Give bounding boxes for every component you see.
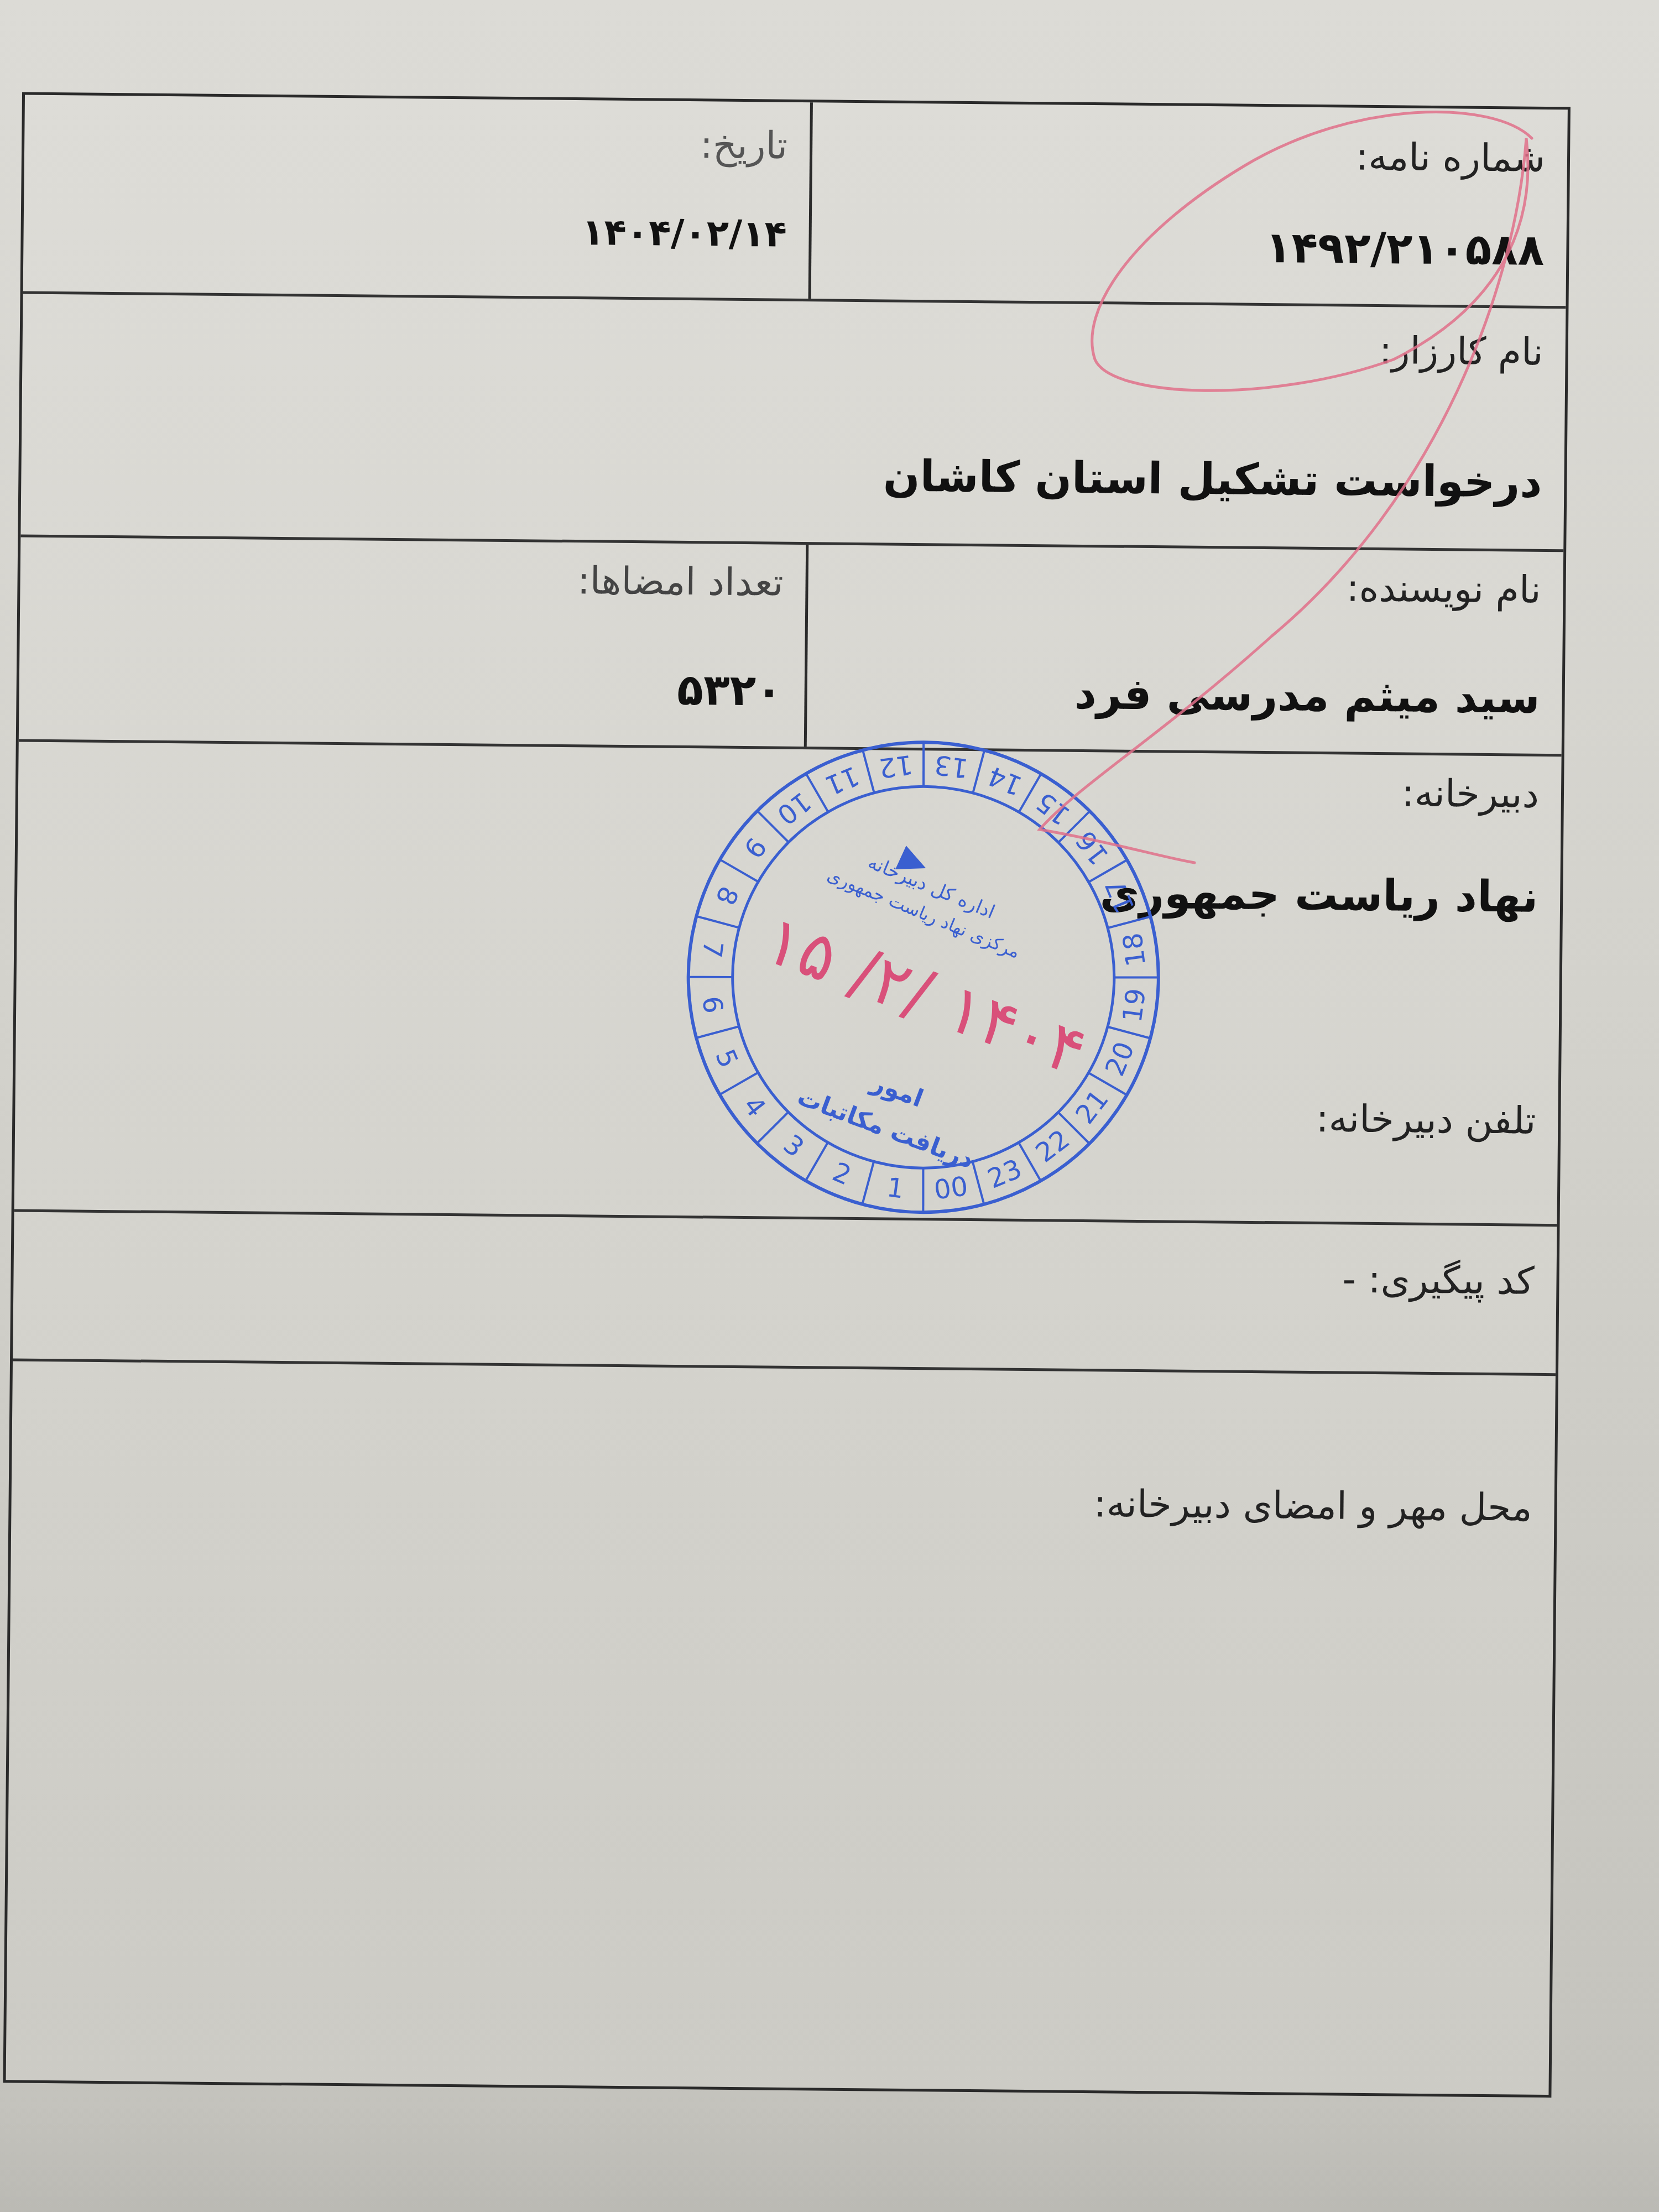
- stamp-hour-label: 6: [696, 994, 728, 1015]
- stamp-dept-line1: امور: [867, 1068, 927, 1113]
- letter-number-value: ۱۴۹۲/۲۱۰۵۸۸: [1265, 223, 1544, 275]
- stamp-place-label: محل مهر و امضای دبیرخانه:: [1093, 1482, 1532, 1530]
- stamp-hour-label: 18: [1117, 931, 1152, 968]
- letter-number-cell: شماره نامه: ۱۴۹۲/۲۱۰۵۸۸: [808, 102, 1568, 306]
- page-shadow: [0, 2101, 1659, 2212]
- letter-number-label: شماره نامه:: [1355, 135, 1545, 181]
- author-cell: نام نویسنده: سید میثم مدرسی فرد: [804, 545, 1563, 754]
- signature-count-label: تعداد امضاها:: [577, 559, 784, 605]
- author-name-label: نام نویسنده:: [1346, 566, 1541, 612]
- stamp-hour-label: 20: [1099, 1037, 1141, 1081]
- stamp-hour-label: 3: [778, 1129, 810, 1164]
- signature-count-cell: تعداد امضاها: ۵۳۲۰: [19, 537, 808, 747]
- signature-count-value: ۵۳۲۰: [677, 665, 782, 716]
- campaign-name-value: درخواست تشکیل استان کاشان: [883, 451, 1542, 507]
- stamp-hour-label: 19: [1117, 987, 1152, 1024]
- date-label: تاریخ:: [700, 123, 788, 168]
- letter-page: شماره نامه: ۱۴۹۲/۲۱۰۵۸۸ تاریخ: ۱۴۰۴/۰۲/۱…: [3, 92, 1582, 2109]
- receipt-stamp: 001234567891011121314151617181920212223 …: [650, 705, 1196, 1250]
- row-stamp-place: محل مهر و امضای دبیرخانه:: [6, 1361, 1556, 2095]
- campaign-name-cell: نام کارزار: درخواست تشکیل استان کاشان: [20, 294, 1566, 549]
- stamp-hour-label: 12: [877, 749, 915, 784]
- stamp-hour-label: 5: [709, 1045, 744, 1072]
- secretariat-value: نهاد ریاست جمهوری: [1099, 868, 1538, 922]
- secretariat-phone-label: تلفن دبیرخانه:: [1316, 1097, 1536, 1143]
- receipt-form: شماره نامه: ۱۴۹۲/۲۱۰۵۸۸ تاریخ: ۱۴۰۴/۰۲/۱…: [3, 92, 1571, 2098]
- stamp-hour-label: 9: [737, 831, 772, 863]
- secretariat-label: دبیرخانه:: [1401, 771, 1539, 816]
- stamp-hour-label: 1: [885, 1172, 906, 1205]
- stamp-hour-label: 7: [696, 939, 729, 960]
- stamp-graphic: 001234567891011121314151617181920212223 …: [650, 705, 1196, 1250]
- stamp-hour-label: 11: [821, 760, 864, 801]
- date-cell: تاریخ: ۱۴۰۴/۰۲/۱۴: [23, 95, 813, 299]
- stamp-hour-label: 8: [709, 882, 744, 910]
- stamp-hour-label: 17: [1099, 874, 1141, 917]
- stamp-date: ۱۴۰۴ /۲/ ۱۵: [754, 901, 1096, 1091]
- stamp-hour-label: 2: [828, 1156, 855, 1191]
- stamp-place-cell: محل مهر و امضای دبیرخانه:: [6, 1361, 1556, 2095]
- row-letter-number-date: شماره نامه: ۱۴۹۲/۲۱۰۵۸۸ تاریخ: ۱۴۰۴/۰۲/۱…: [23, 95, 1568, 309]
- author-name-value: سید میثم مدرسی فرد: [1074, 669, 1541, 723]
- tracking-code-label: کد پیگیری: -: [1342, 1258, 1535, 1303]
- row-campaign-name: نام کارزار: درخواست تشکیل استان کاشان: [20, 294, 1566, 552]
- stamp-hour-label: 00: [932, 1171, 970, 1206]
- date-value: ۱۴۰۴/۰۲/۱۴: [582, 211, 787, 255]
- row-author-signatures: نام نویسنده: سید میثم مدرسی فرد تعداد ام…: [19, 537, 1563, 757]
- stamp-hour-label: 14: [983, 760, 1026, 801]
- stamp-hour-label: 23: [983, 1153, 1026, 1194]
- stamp-hour-label: 13: [932, 749, 970, 784]
- campaign-name-label: نام کارزار:: [1379, 329, 1544, 374]
- stamp-hour-label: 4: [737, 1091, 772, 1123]
